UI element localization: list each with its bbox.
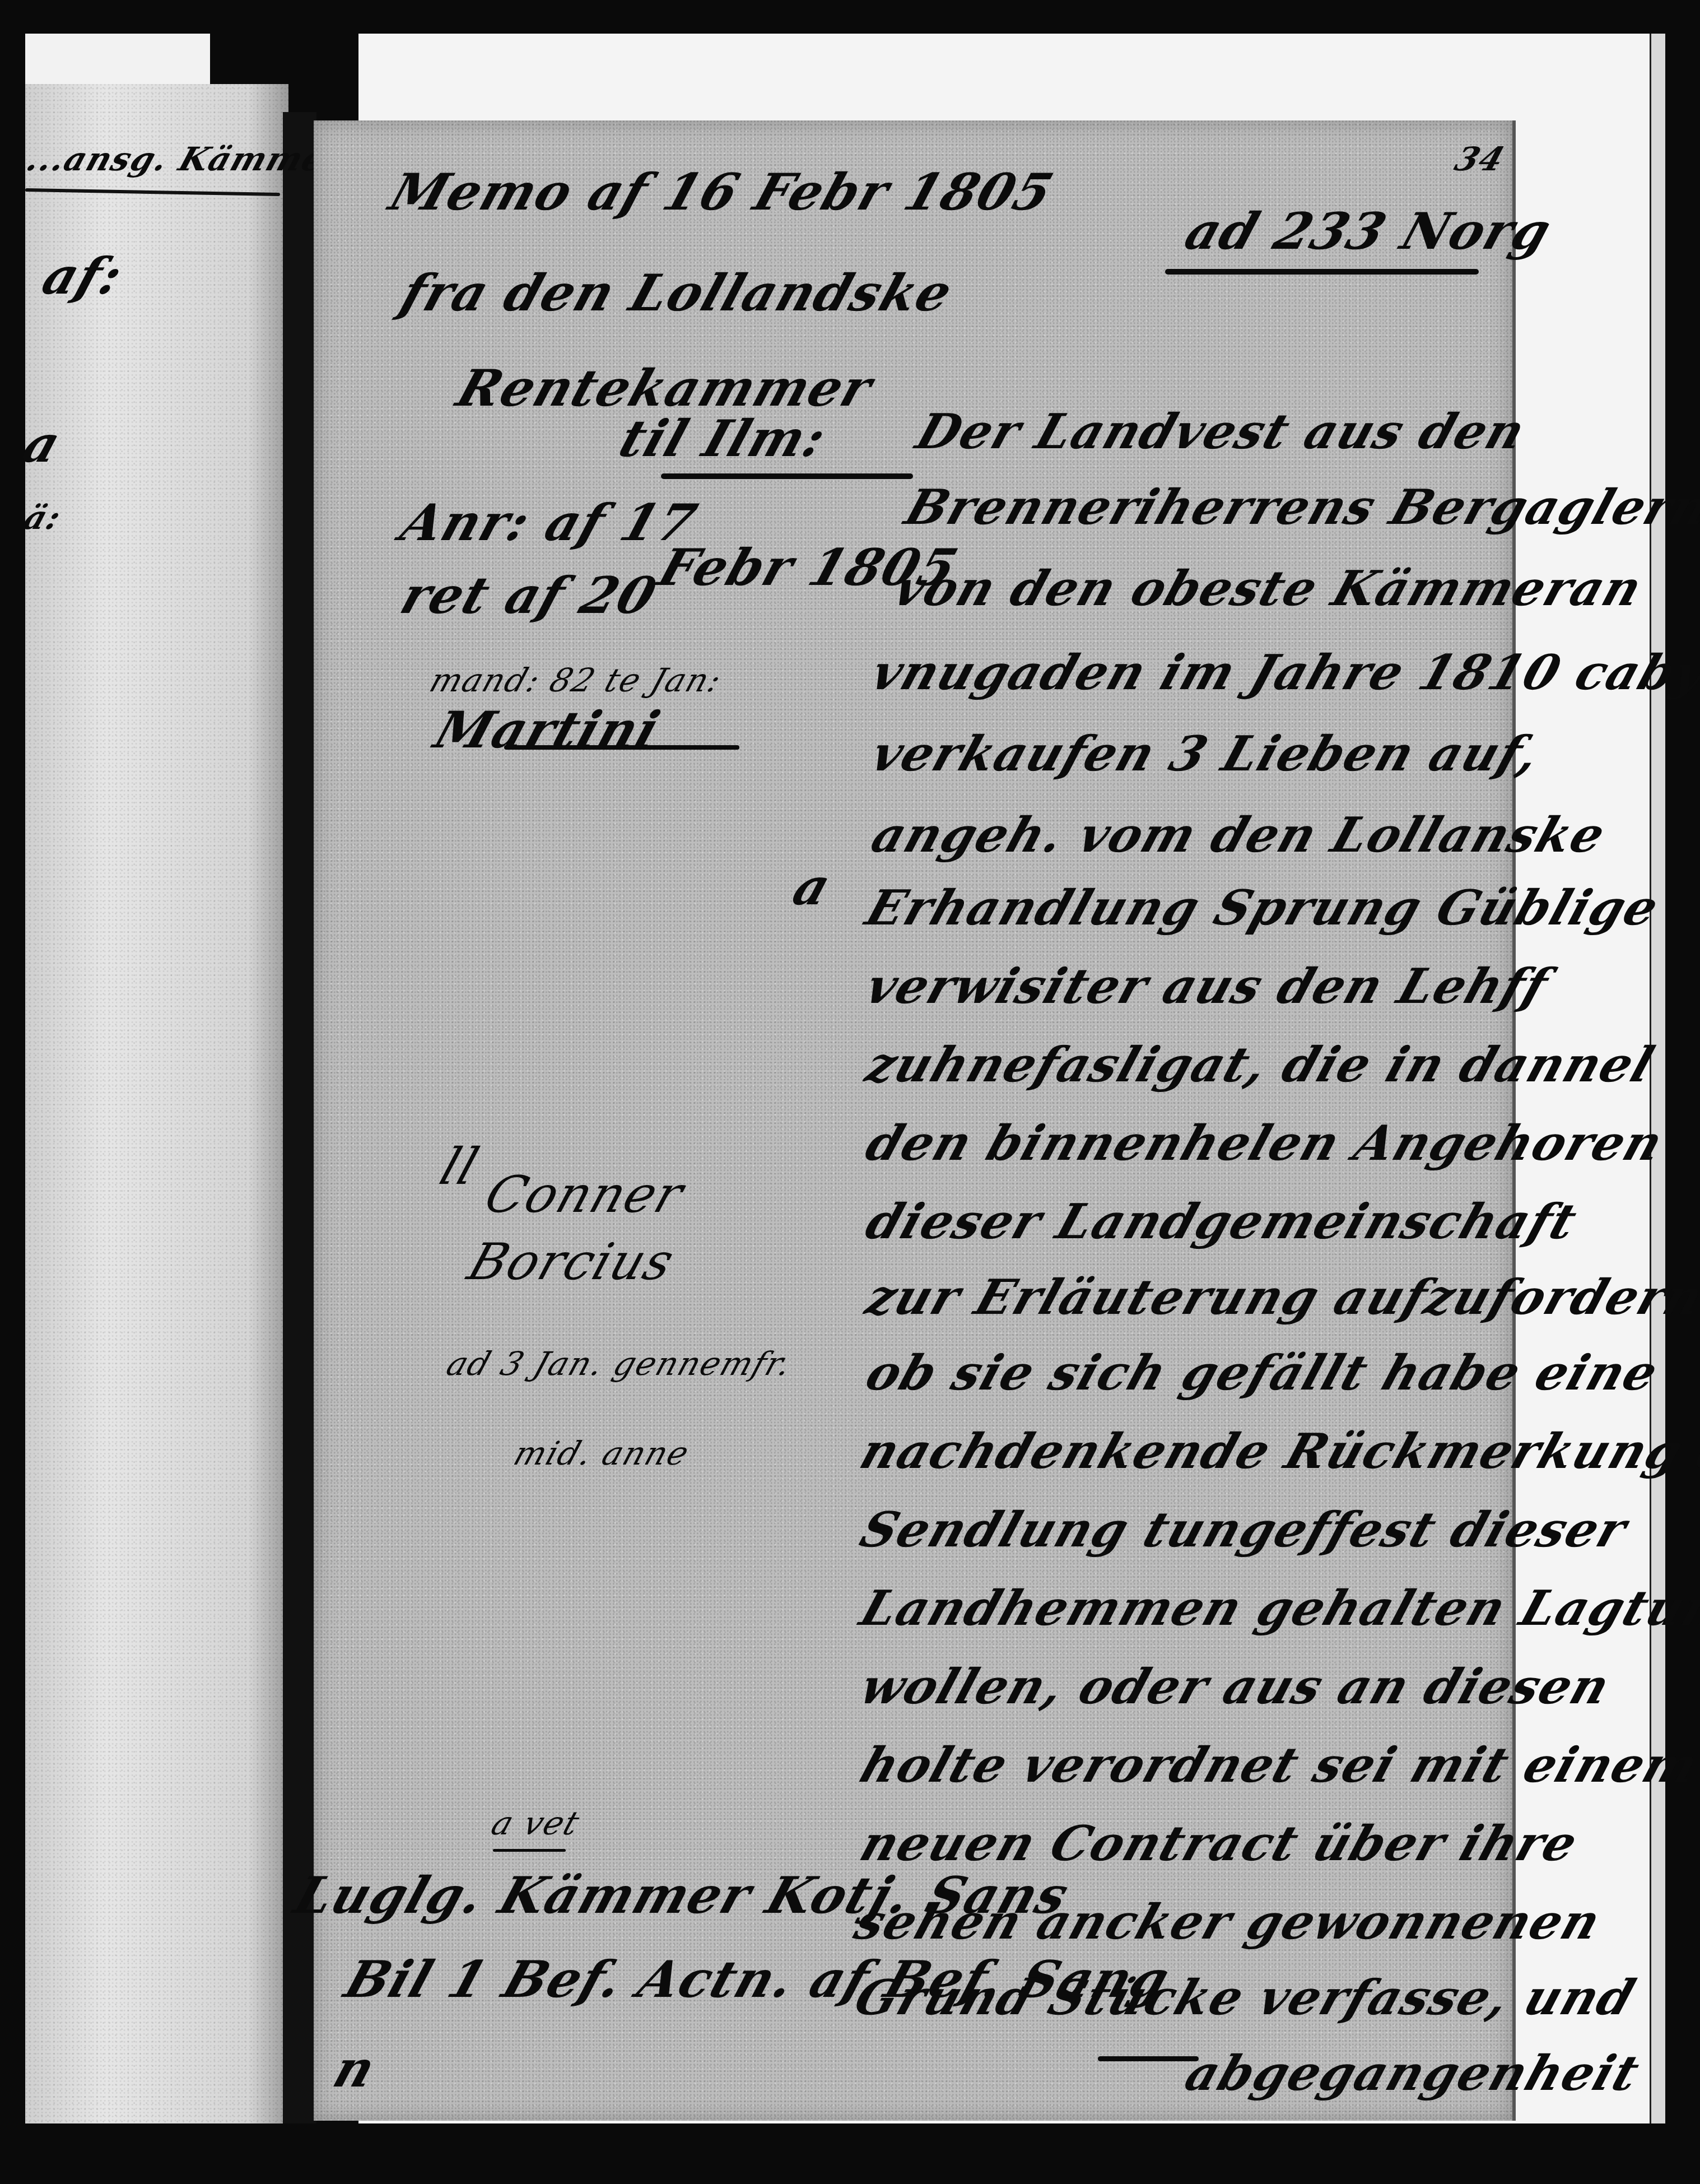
closing-flourish <box>1098 2056 1199 2061</box>
signature-flourish <box>504 745 739 750</box>
footer-mark: a vet <box>487 1804 585 1842</box>
reference-heading: ad 233 Norg <box>1178 202 1559 261</box>
body-line: holte verordnet sei mit einem <box>854 1737 1700 1793</box>
signature: Martini <box>427 700 668 760</box>
folded-spine-strip <box>25 84 288 2123</box>
body-line: Grund Stücke verfasse, und <box>848 1969 1643 2026</box>
memo-underline <box>661 473 913 479</box>
reference-underline <box>1165 269 1479 275</box>
initials-name-2: Borcius <box>461 1233 682 1291</box>
initials-reference-sub: mid. anne <box>509 1434 695 1472</box>
body-line: Sendlung tungeffest dieser <box>854 1502 1634 1558</box>
body-line: dieser Landgemeinschaft <box>859 1193 1585 1250</box>
initials-reference: ad 3 Jan. gennemfr. <box>442 1345 797 1383</box>
memo-line-1: Memo af 16 Febr 1805 <box>383 162 1061 222</box>
body-line: den binnenhelen Angehoren <box>859 1115 1671 1172</box>
body-line: vnugaden im Jahre 1810 caby <box>865 644 1700 701</box>
binding-shadow <box>283 112 316 2123</box>
memo-line-2: fra den Lollandske <box>394 263 961 323</box>
memo-line-4: til Ilm: <box>612 409 834 468</box>
body-line: Landhemmen gehalten Lagtun <box>854 1580 1700 1637</box>
body-line: verwisiter aus den Lehff <box>859 958 1556 1015</box>
body-line: wollen, oder aus an diesen <box>854 1658 1618 1715</box>
scan-backing-edge <box>1650 34 1665 2123</box>
body-line: von den obeste Kämmeran <box>887 560 1650 617</box>
body-line: zur Erläuterung aufzufordern <box>859 1269 1700 1326</box>
body-line: verkaufen 3 Lieben auf, <box>865 726 1548 782</box>
initials-name-1: Conner <box>478 1165 691 1224</box>
body-line: sehen ancker gewonnenen <box>848 1894 1609 1950</box>
body-line: nachdenkende Rückmerkung der <box>854 1423 1700 1480</box>
received-line-2: ret af 20 <box>394 566 665 625</box>
body-line: Brenneriherrens Bergaglern <box>898 479 1700 536</box>
footer-mark-underline <box>493 1849 566 1852</box>
received-line-1: Anr: af 17 <box>394 493 705 552</box>
body-line: abgegangenheit <box>1179 2045 1647 2102</box>
body-line: Der Landvest aus den <box>910 403 1533 460</box>
body-line: Erhandlung Sprung Güblige <box>859 880 1666 936</box>
signature-note: mand: 82 te Jan: <box>425 661 727 699</box>
body-line: zuhnefasligat, die in dannel <box>859 1037 1662 1093</box>
body-line: ob sie sich gefällt habe eine <box>859 1345 1666 1401</box>
body-line: neuen Contract über ihre <box>854 1815 1586 1872</box>
body-line: angeh. vom den Lollanske <box>865 807 1613 863</box>
